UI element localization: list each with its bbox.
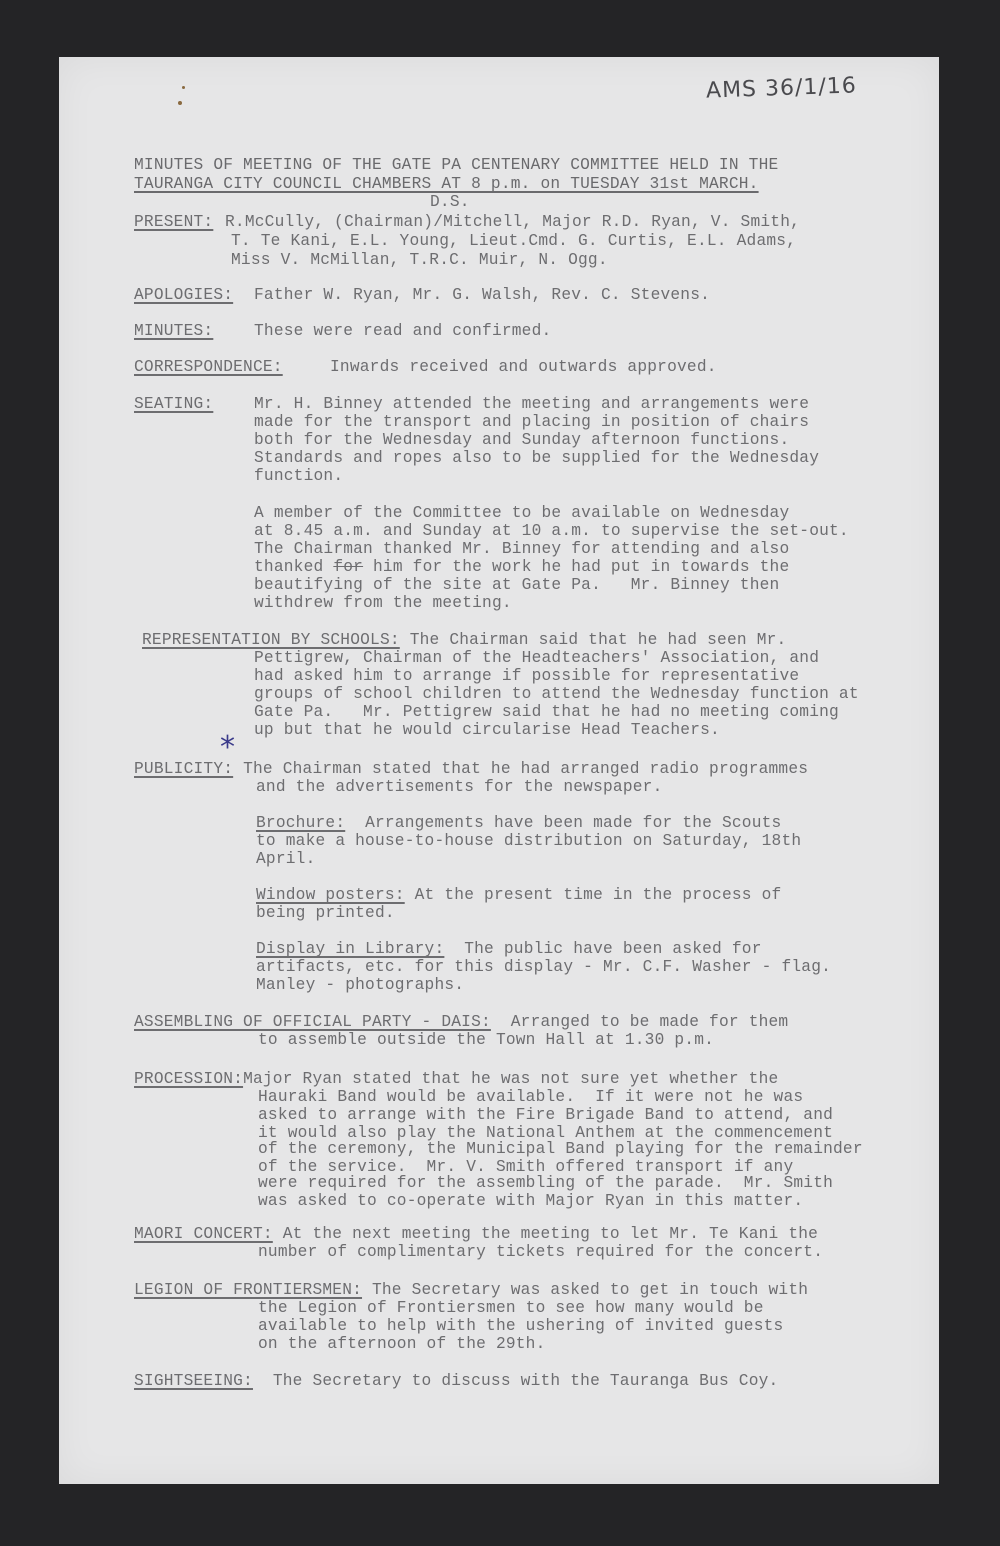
seating-line: beautifying of the site at Gate Pa. Mr. … — [254, 576, 779, 595]
procession-line: PROCESSION:Major Ryan stated that he was… — [134, 1070, 778, 1089]
assembling-line: ASSEMBLING OF OFFICIAL PARTY - DAIS: Arr… — [134, 1013, 788, 1032]
legion-line: the Legion of Frontiersmen to see how ma… — [258, 1299, 764, 1318]
procession-line: were required for the assembling of the … — [258, 1174, 833, 1193]
text-run: Arrangements have been made for the Scou… — [345, 814, 781, 832]
seating-line: A member of the Committee to be availabl… — [254, 504, 789, 523]
correspondence-label: CORRESPONDENCE: — [134, 358, 283, 377]
procession-line: asked to arrange with the Fire Brigade B… — [258, 1106, 833, 1125]
legion-line: LEGION OF FRONTIERSMEN: The Secretary wa… — [134, 1281, 808, 1300]
brochure-line: Brochure: Arrangements have been made fo… — [256, 814, 781, 833]
seating-line: Standards and ropes also to be supplied … — [254, 449, 819, 468]
brochure-label: Brochure: — [256, 814, 345, 832]
legion-label: LEGION OF FRONTIERSMEN: — [134, 1281, 362, 1299]
title-line-1: MINUTES OF MEETING OF THE GATE PA CENTEN… — [134, 156, 778, 175]
seating-line: withdrew from the meeting. — [254, 594, 512, 613]
seating-line: The Chairman thanked Mr. Binney for atte… — [254, 540, 789, 559]
legion-line: available to help with the ushering of i… — [258, 1317, 783, 1336]
apologies-label: APOLOGIES: — [134, 286, 233, 305]
procession-label: PROCESSION: — [134, 1070, 243, 1088]
display-label: Display in Library: — [256, 940, 444, 958]
legion-line: on the afternoon of the 29th. — [258, 1335, 546, 1354]
display-line: Manley - photographs. — [256, 976, 464, 995]
seating-line: both for the Wednesday and Sunday aftern… — [254, 431, 789, 450]
display-line: artifacts, etc. for this display - Mr. C… — [256, 958, 831, 977]
representation-line: had asked him to arrange if possible for… — [254, 667, 799, 686]
seating-line: made for the transport and placing in po… — [254, 413, 809, 432]
brochure-line: April. — [256, 850, 316, 869]
display-line: Display in Library: The public have been… — [256, 940, 762, 959]
procession-line: of the ceremony, the Municipal Band play… — [258, 1140, 863, 1159]
text-run: The Chairman stated that he had arranged… — [233, 760, 808, 778]
window-posters-line: being printed. — [256, 904, 395, 923]
minutes-text: These were read and confirmed. — [254, 322, 551, 341]
asterisk-annotation: * — [220, 733, 235, 763]
present-label: PRESENT: — [134, 213, 213, 232]
text-run: Arranged to be made for them — [491, 1013, 788, 1031]
sightseeing-label: SIGHTSEEING: — [134, 1372, 253, 1390]
seating-label: SEATING: — [134, 395, 213, 414]
seating-line: at 8.45 a.m. and Sunday at 10 a.m. to su… — [254, 522, 849, 541]
maori-concert-line: number of complimentary tickets required… — [258, 1243, 823, 1262]
minutes-label: MINUTES: — [134, 322, 213, 341]
window-posters-line: Window posters: At the present time in t… — [256, 886, 781, 905]
seating-line: thanked for him for the work he had put … — [254, 558, 789, 577]
procession-line: was asked to co-operate with Major Ryan … — [258, 1192, 803, 1211]
representation-label: REPRESENTATION BY SCHOOLS: — [142, 631, 400, 649]
text-run: him for the work he had put in towards t… — [363, 558, 789, 576]
publicity-line: PUBLICITY: The Chairman stated that he h… — [134, 760, 808, 779]
representation-line: REPRESENTATION BY SCHOOLS: The Chairman … — [142, 631, 786, 650]
publicity-line: and the advertisements for the newspaper… — [256, 778, 662, 797]
representation-line: up but that he would circularise Head Te… — [254, 721, 720, 740]
brochure-line: to make a house-to-house distribution on… — [256, 832, 801, 851]
publicity-label: PUBLICITY: — [134, 760, 233, 778]
title-line-2: TAURANGA CITY COUNCIL CHAMBERS AT 8 p.m.… — [134, 175, 759, 194]
sightseeing-line: SIGHTSEEING: The Secretary to discuss wi… — [134, 1372, 778, 1391]
assembling-label: ASSEMBLING OF OFFICIAL PARTY - DAIS: — [134, 1013, 491, 1031]
text-run: At the present time in the process of — [405, 886, 782, 904]
assembling-line: to assemble outside the Town Hall at 1.3… — [258, 1031, 714, 1050]
paper-speck — [182, 86, 185, 89]
window-posters-label: Window posters: — [256, 886, 405, 904]
maori-concert-label: MAORI CONCERT: — [134, 1225, 273, 1243]
text-run: The Secretary was asked to get in touch … — [362, 1281, 808, 1299]
text-run: thanked — [254, 558, 333, 576]
procession-line: Hauraki Band would be available. If it w… — [258, 1088, 803, 1107]
present-line: Miss V. McMillan, T.R.C. Muir, N. Ogg. — [231, 251, 608, 270]
seating-line: Mr. H. Binney attended the meeting and a… — [254, 395, 809, 414]
maori-concert-line: MAORI CONCERT: At the next meeting the m… — [134, 1225, 818, 1244]
correspondence-text: Inwards received and outwards approved. — [330, 358, 717, 377]
present-line: R.McCully, (Chairman)/Mitchell, Major R.… — [225, 213, 800, 232]
representation-line: groups of school children to attend the … — [254, 685, 859, 704]
text-run: At the next meeting the meeting to let M… — [273, 1225, 818, 1243]
text-run: Major Ryan stated that he was not sure y… — [243, 1070, 778, 1088]
apologies-text: Father W. Ryan, Mr. G. Walsh, Rev. C. St… — [254, 286, 710, 305]
text-run: The public have been asked for — [444, 940, 761, 958]
paper-speck — [178, 101, 182, 105]
text-run: The Chairman said that he had seen Mr. — [400, 631, 787, 649]
struck-word: for — [333, 558, 363, 576]
seating-line: function. — [254, 467, 343, 486]
archive-reference: AMS 36/1/16 — [706, 73, 858, 103]
representation-line: Gate Pa. Mr. Pettigrew said that he had … — [254, 703, 839, 722]
text-run: The Secretary to discuss with the Tauran… — [253, 1372, 778, 1390]
representation-line: Pettigrew, Chairman of the Headteachers'… — [254, 649, 819, 668]
present-line: T. Te Kani, E.L. Young, Lieut.Cmd. G. Cu… — [231, 232, 796, 251]
initials: D.S. — [430, 193, 470, 212]
